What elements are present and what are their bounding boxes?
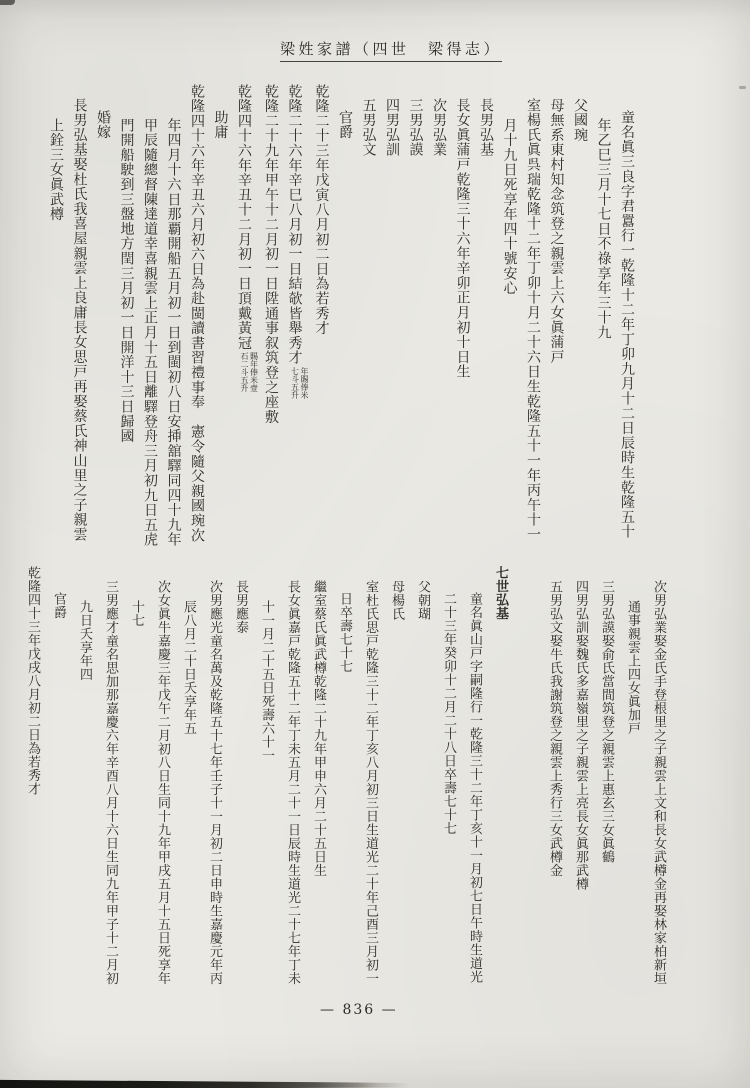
column-text: 年乙巳三月十七日不祿享年三十九 [596,118,612,340]
bottom-text-column: 日卒壽七十七 [331,566,357,1018]
column-text: 父國琬 [572,98,588,142]
top-text-column: 甲辰隨總督陳達道幸喜親雲上正月十五日離驛登舟三月初九日五虎 [138,84,162,562]
bottom-text-block: 次男弘業娶金氏手登根里之子親雲上文和長女武樽金再娶林家柏新垣通事親雲上四女眞加戸… [19,566,671,1018]
column-text: 九日夭享年四 [77,600,92,681]
column-text: 通事親雲上四女眞加戸 [625,600,640,735]
column-text: 婚嫁 [95,110,111,140]
bottom-text-column: 十一月二十五日死壽六十一 [253,566,279,1018]
bottom-text-column: 次男應光童名萬及乾隆五十七年壬子十一月初二日申時生嘉慶元年丙 [201,566,227,1018]
column-text: 十一月二十五日死壽六十一 [259,600,274,762]
column-text: 次女眞牛嘉慶三年戊午二月初八日生同十九年甲戌五月十五日死享年 [155,580,170,985]
column-text: 五男弘文娶牛氏我謝筑登之親雲上秀行三女武樽金 [547,580,562,877]
top-text-column: 月十九日死享年四十號安心 [497,84,521,562]
column-text: 長男弘基娶杜氏我喜屋親雲上良庸長女思戸再娶蔡氏神山里之子親雲 [72,98,88,542]
column-text: 室杜氏思戸乾隆三十二年丁亥八月初三日生道光二十年己酉三月初一 [363,580,378,985]
bottom-text-column: 辰八月二十日夭享年五 [175,566,201,1018]
bottom-text-column: 五男弘文娶牛氏我謝筑登之親雲上秀行三女武樽金 [541,566,567,1018]
top-text-column: 長女眞蒲戸乾隆三十六年辛卯正月初十日生 [450,84,474,562]
column-text: 四男弘訓 [384,98,400,157]
top-text-column: 乾隆四十六年辛丑十二月初一日頂戴黃冠賜年俸米壹石二斗五升 [232,84,259,562]
column-text: 乾隆二十六年辛巳八月初一日結欹皆舉秀才 [287,84,303,365]
column-text: 月十九日死享年四十號安心 [502,118,518,296]
scan-speck-right-edge [739,86,746,89]
column-text: 乾隆四十六年辛丑六月初六日為赴閩讀書習禮事奉 憲令隨父親國琬次 [189,84,205,543]
column-text: 辰八月二十日夭享年五 [181,600,196,735]
top-text-column: 三男弘謨 [403,84,427,562]
scan-artifact-bottom-streak [0,1079,525,1088]
scanned-genealogy-page: 梁姓家譜（四世 梁得志） 童名眞三良字君囂行一乾隆十二年丁卯九月十二日辰時生乾隆… [0,0,750,1088]
bottom-text-column: 七世弘基 [487,566,513,1018]
column-text: 二十三年癸卯十二月二十八日卒壽七十七 [441,592,456,835]
top-text-column: 長男弘基 [474,84,498,562]
top-text-column: 五男弘文 [356,84,380,562]
note-line: 年賜俸米 [300,367,310,399]
top-text-column: 上銓三女眞武樽 [44,84,68,562]
column-text: 門開船駛到三盤地方閏三月初一日開洋十三日歸國 [119,118,135,444]
column-text: 四男弘訓娶魏氏多嘉嶺里之子親雲上亮長女眞那武樽 [573,580,588,891]
top-text-column: 乾隆二十三年戊寅八月初二日為若秀才 [309,84,333,562]
column-text: 長女眞嘉戸乾隆五十二年丁未五月二十一日辰時生道光二十七年丁未 [285,580,300,985]
bottom-text-column: 繼室蔡氏眞武樽乾隆二十九年甲申六月二十五日生 [305,566,331,1018]
column-text: 長男弘基 [478,98,494,157]
top-text-column: 年四月十六日那覇開船五月初一日到閩初八日安挿舘驛同四十九年 [161,84,185,562]
column-text: 甲辰隨總督陳達道幸喜親雲上正月十五日離驛登舟三月初九日五虎 [142,118,158,547]
column-text: 五男弘文 [361,98,377,157]
page-number: — 836 — [320,1002,398,1018]
inline-small-note: 賜年俸米壹石二斗五升 [240,352,259,392]
top-text-column: 年乙巳三月十七日不祿享年三十九 [591,84,615,562]
bottom-text-column: 三男應才童名思加那嘉慶六年辛酉八月十六日生同九年甲子十二月初 [97,566,123,1018]
top-text-column: 四男弘訓 [380,84,404,562]
column-text: 長女眞蒲戸乾隆三十六年辛卯正月初十日生 [455,98,471,379]
column-text: 母無系東村知念筑登之親雲上六女眞蒲戸 [549,98,565,364]
page-title: 梁姓家譜（四世 梁得志） [280,38,502,62]
column-text: 次男應光童名萬及乾隆五十七年壬子十一月初二日申時生嘉慶元年丙 [207,580,222,985]
scan-smudge-top-left [0,0,15,5]
top-text-column: 童名眞三良字君囂行一乾隆十二年丁卯九月十二日辰時生乾隆五十 [615,84,639,562]
top-text-column: 長男弘基娶杜氏我喜屋親雲上良庸長女思戸再娶蔡氏神山里之子親雲 [67,84,91,562]
bottom-text-column: 九日夭享年四 [71,566,97,1018]
bottom-text-column: 二十三年癸卯十二月二十八日卒壽七十七 [435,566,461,1018]
column-text: 官爵 [51,592,66,619]
top-text-column: 乾隆二十六年辛巳八月初一日結欹皆舉秀才年賜俸米七斗五升 [282,84,309,562]
top-text-column: 乾隆四十六年辛丑六月初六日為赴閩讀書習禮事奉 憲令隨父親國琬次 [185,84,209,562]
column-text: 乾隆二十三年戊寅八月初二日為若秀才 [314,84,330,336]
top-text-column: 婚嫁 [91,84,115,562]
top-text-block: 童名眞三良字君囂行一乾隆十二年丁卯九月十二日辰時生乾隆五十年乙巳三月十七日不祿享… [44,84,639,562]
column-text: 十七 [129,600,144,627]
bottom-text-column: 室杜氏思戸乾隆三十二年丁亥八月初三日生道光二十年己酉三月初一 [357,566,383,1018]
column-text: 乾隆四十三年戊戌八月初二日為若秀才 [25,566,40,796]
column-text: 日卒壽七十七 [337,592,352,673]
bottom-text-column: 長男應泰 [227,566,253,1018]
column-text: 次男弘業娶金氏手登根里之子親雲上文和長女武樽金再娶林家柏新垣 [651,580,666,985]
bottom-text-column: 三男弘謨娶俞氏當間筑登之親雲上惠玄三女眞鶴 [593,566,619,1018]
bottom-text-column: 次男弘業娶金氏手登根里之子親雲上文和長女武樽金再娶林家柏新垣 [645,566,671,1018]
top-text-column: 母無系東村知念筑登之親雲上六女眞蒲戸 [544,84,568,562]
column-text: 七世弘基 [493,566,508,620]
column-text: 童名眞三良字君囂行一乾隆十二年丁卯九月十二日辰時生乾隆五十 [619,110,635,539]
note-line: 七斗五升 [290,367,300,399]
bottom-text-column: 四男弘訓娶魏氏多嘉嶺里之子親雲上亮長女眞那武樽 [567,566,593,1018]
column-text: 三男應才童名思加那嘉慶六年辛酉八月十六日生同九年甲子十二月初 [103,580,118,985]
column-text: 三男弘謨娶俞氏當間筑登之親雲上惠玄三女眞鶴 [599,580,614,864]
column-text: 童名眞山戸字嗣隆行一乾隆三十二年丁亥十一月初七日午時生道光 [467,592,482,984]
column-text: 三男弘謨 [408,98,424,157]
top-text-column: 室楊氏眞呉瑞乾隆十二年丁卯十月二十六日生乾隆五十一年丙午十一 [521,84,545,562]
column-text: 繼室蔡氏眞武樽乾隆二十九年甲申六月二十五日生 [311,580,326,877]
top-text-column: 助庸 [208,84,232,562]
note-line: 石二斗五升 [240,352,250,392]
note-line: 賜年俸米壹 [249,352,259,392]
column-text: 室楊氏眞呉瑞乾隆十二年丁卯十月二十六日生乾隆五十一年丙午十一 [525,98,541,542]
column-text: 長男應泰 [233,580,248,634]
bottom-text-column: 次女眞牛嘉慶三年戊午二月初八日生同十九年甲戌五月十五日死享年 [149,566,175,1018]
column-text: 上銓三女眞武樽 [48,118,64,222]
inline-small-note: 年賜俸米七斗五升 [290,367,309,399]
column-text: 父朝瑚 [415,580,430,621]
top-text-column: 父國琬 [568,84,592,562]
top-text-column: 乾隆二十九年甲午十二月初一日陞通事叙筑登之座敷 [259,84,283,562]
bottom-text-column: 通事親雲上四女眞加戸 [619,566,645,1018]
bottom-text-column: 父朝瑚 [409,566,435,1018]
column-text: 乾隆四十六年辛丑十二月初一日頂戴黃冠 [236,84,252,350]
bottom-text-column: 乾隆四十三年戊戌八月初二日為若秀才 [19,566,45,1018]
column-text: 乾隆二十九年甲午十二月初一日陞通事叙筑登之座敷 [263,84,279,424]
column-text: 官爵 [337,110,353,140]
bottom-text-column: 長女眞嘉戸乾隆五十二年丁未五月二十一日辰時生道光二十七年丁未 [279,566,305,1018]
top-text-column: 官爵 [333,84,357,562]
top-text-column: 門開船駛到三盤地方閏三月初一日開洋十三日歸國 [114,84,138,562]
column-text: 年四月十六日那覇開船五月初一日到閩初八日安挿舘驛同四十九年 [166,118,182,547]
top-text-column: 次男弘業 [427,84,451,562]
bottom-text-column: 母楊氏 [383,566,409,1018]
bottom-text-column: 童名眞山戸字嗣隆行一乾隆三十二年丁亥十一月初七日午時生道光 [461,566,487,1018]
column-text: 母楊氏 [389,580,404,621]
column-text: 助庸 [213,110,229,140]
bottom-text-column: 官爵 [45,566,71,1018]
bottom-text-column: 十七 [123,566,149,1018]
column-text: 次男弘業 [431,98,447,157]
